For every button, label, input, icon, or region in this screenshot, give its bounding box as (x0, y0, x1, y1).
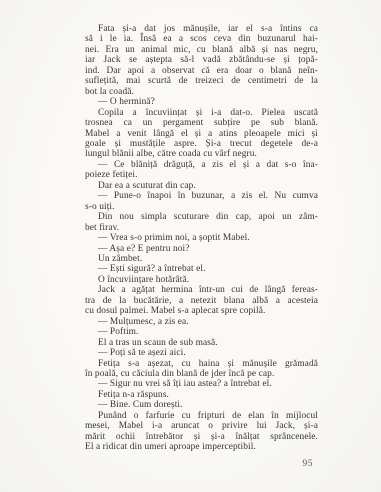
text-line: bot la coadă. (85, 87, 318, 97)
text-line: trosnea ca un pergament subțire pe sub b… (85, 118, 318, 128)
text-line: — Poftim. (85, 327, 318, 337)
paragraph: — Ce blăniță drăguță, a zis el și a dat … (85, 160, 318, 181)
text-line: s-o uiți. (85, 202, 318, 212)
paragraph: Din nou simpla scuturare din cap, apoi u… (85, 212, 318, 233)
paragraph: — Poți să te așezi aici. (85, 348, 318, 358)
paragraph: O încuviințare hotărâtă. (85, 275, 318, 285)
page-number: 95 (85, 459, 313, 469)
paragraph: Fetița s-a așezat, cu haina și mănușile … (85, 359, 318, 380)
paragraph: Fata și-a dat jos mănușile, iar el s-a î… (85, 24, 318, 97)
text-line: — Poți să te așezi aici. (85, 348, 318, 358)
text-line: nei. Era un animal mic, cu blană albă și… (85, 45, 318, 55)
paragraph: Copila a încuviințat și i-a dat-o. Piele… (85, 108, 318, 160)
paragraph: Fetița n-a răspuns. (85, 390, 318, 400)
text-line: Punând o farfurie cu fripturi de elan în… (85, 411, 318, 421)
text-line: bet firav. (85, 223, 318, 233)
text-line: iar Jack se aștepta să-l vadă zbătându-s… (85, 55, 318, 65)
text-line: în poală, cu căciula din blană de jder î… (85, 369, 318, 379)
paragraph: — Pune-o înapoi în buzunar, a zis el. Nu… (85, 191, 318, 212)
paragraph: Jack a agățat hermina într-un cui de lân… (85, 285, 318, 316)
text-line: El a tras un scaun de sub masă. (85, 338, 318, 348)
paragraph: — Bine. Cum dorești. (85, 400, 318, 410)
text-line: tra de la bucătărie, a netezit blana alb… (85, 296, 318, 306)
text-line: O încuviințare hotărâtă. (85, 275, 318, 285)
text-line: mesei, Mabel i-a aruncat o privire lui J… (85, 421, 318, 431)
text-line: — Ești sigură? a întrebat el. (85, 264, 318, 274)
text-line: — Ce blăniță drăguță, a zis el și a dat … (85, 160, 318, 170)
paragraph: — Poftim. (85, 327, 318, 337)
paragraph: — Vrea s-o primim noi, a șoptit Mabel. (85, 233, 318, 243)
text-line: Mabel a venit lângă el și a atins pleoap… (85, 129, 318, 139)
text-line: — O hermină? (85, 97, 318, 107)
text-line: goale și mustățile aspre. Și-a trecut de… (85, 139, 318, 149)
text-line: cu dosul palmei. Mabel s-a aplecat spre … (85, 306, 318, 316)
text-line: Jack a agățat hermina într-un cui de lân… (85, 285, 318, 295)
text-line: Fata și-a dat jos mănușile, iar el s-a î… (85, 24, 318, 34)
text-line: Din nou simpla scuturare din cap, apoi u… (85, 212, 318, 222)
text-line: — Sigur nu vrei să îți iau astea? a într… (85, 379, 318, 389)
paragraph: — Sigur nu vrei să îți iau astea? a într… (85, 379, 318, 389)
text-line: suflețită, mai scurtă de treizeci de cen… (85, 76, 318, 86)
page-text: Fata și-a dat jos mănușile, iar el s-a î… (85, 24, 318, 453)
text-line: Un zâmbet. (85, 254, 318, 264)
text-line: mărit ochii întrebător și și-a înălțat s… (85, 432, 318, 442)
text-line: să i le ia. Însă ea a scos ceva din buzu… (85, 34, 318, 44)
paragraph: — Așa e? E pentru noi? (85, 244, 318, 254)
text-line: Copila a încuviințat și i-a dat-o. Piele… (85, 108, 318, 118)
text-line: — Vrea s-o primim noi, a șoptit Mabel. (85, 233, 318, 243)
text-line: lungul blănii albe, către coada cu vârf … (85, 149, 318, 159)
paragraph: — Ești sigură? a întrebat el. (85, 264, 318, 274)
text-line: poieze fetiței. (85, 170, 318, 180)
text-line: — Bine. Cum dorești. (85, 400, 318, 410)
paragraph: — Mulțumesc, a zis ea. (85, 317, 318, 327)
paragraph: Punând o farfurie cu fripturi de elan în… (85, 411, 318, 453)
text-line: ind. Dar apoi a observat că era doar o b… (85, 66, 318, 76)
text-line: Fetița n-a răspuns. (85, 390, 318, 400)
text-line: — Așa e? E pentru noi? (85, 244, 318, 254)
text-line: Fetița s-a așezat, cu haina și mănușile … (85, 359, 318, 369)
paragraph: El a tras un scaun de sub masă. (85, 338, 318, 348)
text-line: — Mulțumesc, a zis ea. (85, 317, 318, 327)
paragraph: Un zâmbet. (85, 254, 318, 264)
paragraph: — O hermină? (85, 97, 318, 107)
text-line: — Pune-o înapoi în buzunar, a zis el. Nu… (85, 191, 318, 201)
book-page: Fata și-a dat jos mănușile, iar el s-a î… (0, 0, 381, 492)
paragraph: Dar ea a scuturat din cap. (85, 181, 318, 191)
text-line: El a ridicat din umeri aproape impercept… (85, 442, 318, 452)
text-line: Dar ea a scuturat din cap. (85, 181, 318, 191)
